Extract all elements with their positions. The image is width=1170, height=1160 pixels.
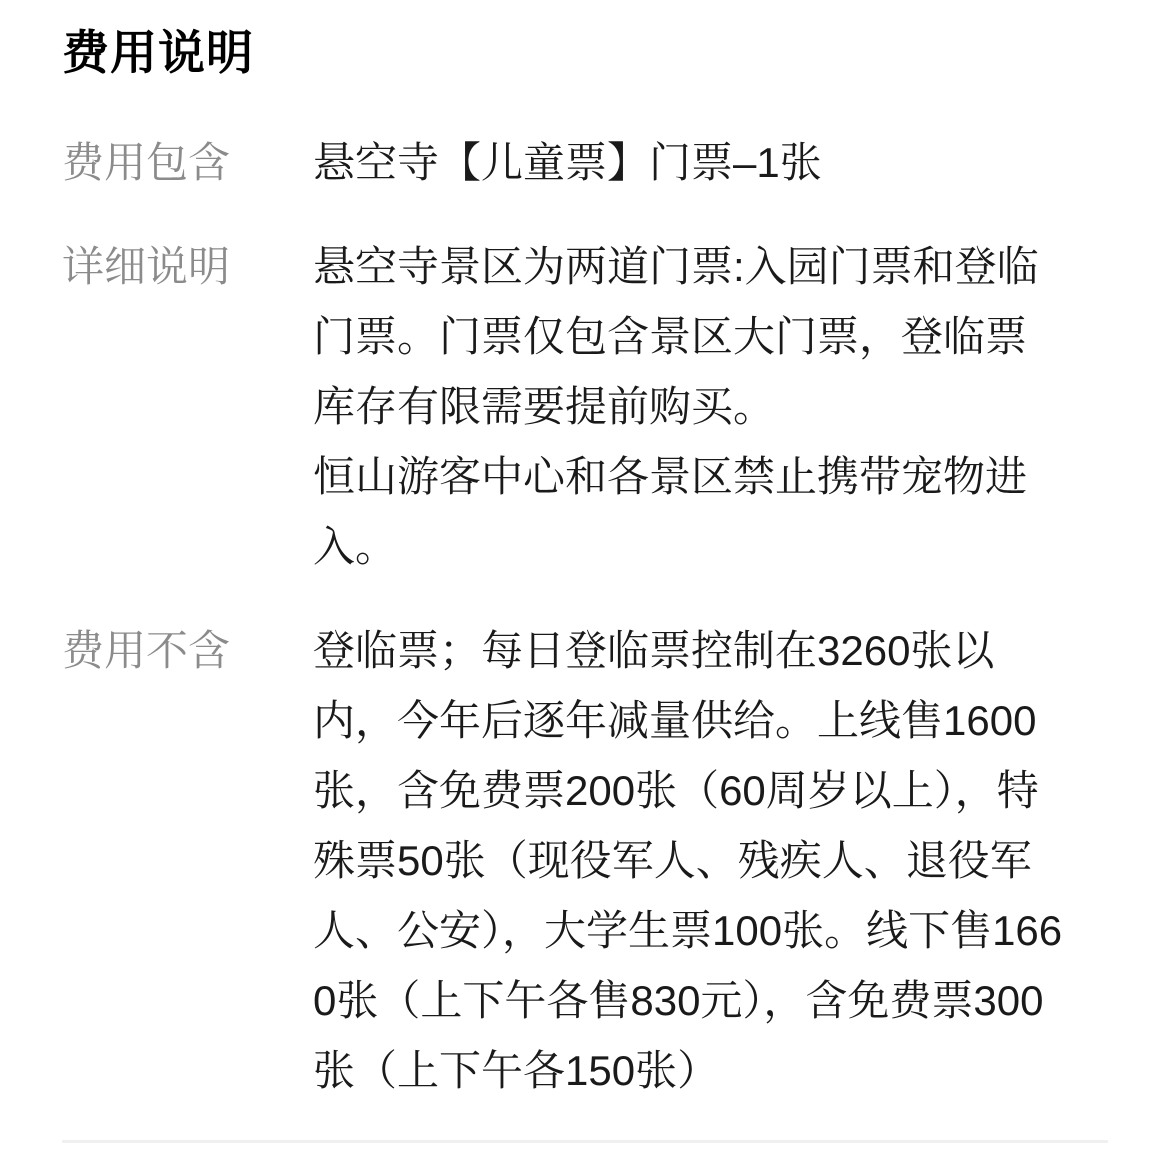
- fee-included-label: 费用包含: [62, 128, 313, 198]
- fee-details-label: 详细说明: [62, 232, 313, 302]
- fee-excluded-value: 登临票；每日登临票控制在3260张以内，今年后逐年减量供给。上线售1600张，含…: [313, 616, 1063, 1106]
- fee-description-section: 费用说明 费用包含 悬空寺【儿童票】门票–1张 详细说明 悬空寺景区为两道门票:…: [0, 0, 1170, 1160]
- fee-details-value: 悬空寺景区为两道门票:入园门票和登临门票。门票仅包含景区大门票，登临票库存有限需…: [313, 232, 1063, 582]
- fee-row-details: 详细说明 悬空寺景区为两道门票:入园门票和登临门票。门票仅包含景区大门票，登临票…: [62, 232, 1108, 582]
- section-divider: [62, 1140, 1108, 1143]
- fee-included-value: 悬空寺【儿童票】门票–1张: [313, 128, 1063, 198]
- fee-row-excluded: 费用不含 登临票；每日登临票控制在3260张以内，今年后逐年减量供给。上线售16…: [62, 616, 1108, 1106]
- fee-row-included: 费用包含 悬空寺【儿童票】门票–1张: [62, 128, 1108, 198]
- fee-excluded-label: 费用不含: [62, 616, 313, 686]
- section-title: 费用说明: [62, 20, 1108, 86]
